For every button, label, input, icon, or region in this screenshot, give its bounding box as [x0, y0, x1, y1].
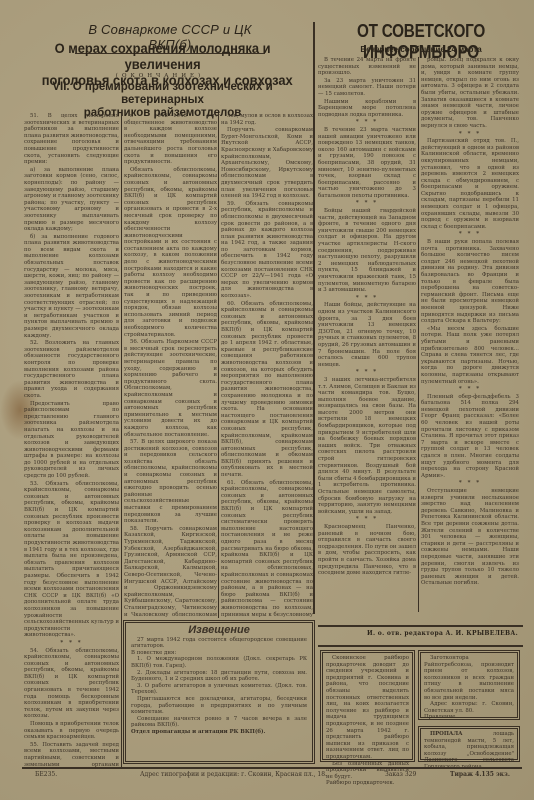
paragraph: 60. Обязать облисполкомы, крайисполкомы … — [221, 301, 313, 479]
paragraph: лов, мулов и ослов в колхозах на 1942 го… — [221, 113, 313, 126]
paragraph: Бойцы нашей гвардейской части, действующ… — [318, 208, 416, 294]
paragraph: Пленный обер-фельдфебель 3 батальона 514… — [421, 394, 519, 480]
ad-lead: ПРОПАЛА — [430, 731, 462, 737]
notice-signature: Отдел пропаганды и агитации РК ВКП(б). — [131, 729, 307, 736]
paragraph: Помощь в приобретении телок оказывать в … — [24, 721, 119, 741]
separator-stars: * * * — [421, 386, 519, 393]
paragraph: в 1942—1943 г.г. общественное животновод… — [124, 113, 217, 166]
paragraph: 57. В целях широкого показа достижений к… — [124, 439, 217, 525]
paragraph: ровцы. Боец подкрался к окну дома, котор… — [421, 57, 519, 130]
footer-order: Заказ 329 — [385, 771, 416, 778]
paragraph: Нашими кораблями в Баренцевом море потоп… — [318, 99, 416, 119]
paragraph: «Мы несем здесь большие потери. Наш полк… — [421, 326, 519, 385]
notice-invite: Приглашаются все докладчики, агитаторы, … — [131, 696, 307, 716]
section-divider — [318, 625, 523, 627]
paragraph: б) за выполнение годового плана развития… — [24, 234, 119, 340]
paragraph: 54. Обязать облисполкомы, крайисполкомы,… — [24, 648, 119, 721]
notice-time: Совещание начнется ровно в 7 часов вечер… — [131, 716, 307, 729]
ad-address: Адрес конторы: г. Сковин, Советская ул. … — [424, 701, 514, 714]
separator-stars: * * * — [24, 640, 119, 647]
paragraph: Обязать облисполкомы, крайисполкомы, сов… — [124, 167, 217, 338]
paragraph: 55. Поставить задачей перед всеми колхоз… — [24, 742, 119, 768]
ad-text: лошадь темногнедой масти, 5 лет, кобыла,… — [424, 731, 514, 770]
agenda-item: 2. Доклады агитаторов: 18 дистанции пути… — [131, 670, 307, 683]
ad-lost-horse: ПРОПАЛА лошадь темногнедой масти, 5 лет,… — [418, 726, 520, 762]
notice-box: Извещение 27 марта 1942 года состоится о… — [123, 620, 315, 764]
paragraph: 3 наших летчика-истребителя т.т. Алимов,… — [318, 377, 416, 515]
footer-address: Адрес типографии и редакции: г. Сковин, … — [140, 771, 327, 778]
separator-stars: * * * — [421, 480, 519, 487]
sovinform-column-2: ровцы. Боец подкрался к окну дома, котор… — [421, 57, 519, 612]
paragraph: 59. Обязать совнаркомы республик, крайис… — [221, 201, 313, 300]
separator-stars: * * * — [318, 369, 416, 376]
separator-stars: * * * — [318, 516, 416, 523]
ad-text: Сковинское райбюро продкарточек доводит … — [326, 655, 409, 761]
paragraph: В течение 23 марта частями нашей авиации… — [318, 127, 416, 200]
editor-credit: И. о. отв. редактора А. И. КРЫВЕЛЕВА. — [318, 630, 518, 637]
paragraph: Предоставить право райисполкомам по пред… — [24, 401, 119, 480]
paragraph: 58. Поручить совнаркомам Казахской, Кирг… — [124, 526, 217, 618]
column-divider — [218, 113, 219, 618]
continuation-label: (ОКОНЧАНИЕ) — [60, 73, 260, 79]
paragraph: а) за выполнение плана заготовки кормов … — [24, 167, 119, 233]
ad-zagotkontora: Заготконтора Райпотребсоюза, производит … — [418, 650, 520, 720]
notice-title: Извещение — [131, 627, 307, 634]
footer-circulation: Тираж 4.135 экз. — [450, 771, 510, 778]
paragraph: В наши руки попала полевая почта противн… — [421, 239, 519, 325]
footer-rule — [22, 767, 522, 769]
column-divider — [418, 57, 419, 612]
footer-code: БЕ235. — [35, 771, 57, 778]
ad-signature: Правление. — [424, 714, 514, 721]
paragraph: 56. Обязать Наркомзем СССР в месячный ср… — [124, 339, 217, 438]
sovinform-subtitle: Вечернее сообщение 24 марта — [316, 45, 526, 54]
paragraph: В течение 24 марта на фронте существенны… — [318, 57, 416, 77]
paragraph: 52. Возложить на главных зоотехников рай… — [24, 340, 119, 399]
article-column-2: в 1942—1943 г.г. общественное животновод… — [124, 113, 217, 618]
agenda-item: 1. О международном положении (Докл. секр… — [131, 656, 307, 669]
ad-text: Заготконтора Райпотребсоюза, производит … — [424, 655, 514, 701]
section-line-1: VII. О премировании зоотехнических и вет… — [30, 81, 295, 107]
paragraph: 61. Обязать облисполкомы, крайисполкомы,… — [221, 480, 313, 618]
ad-signature: Райбюро продкарточек. — [326, 780, 409, 787]
paragraph: Поручить совнаркомам Бурят-Монгольской, … — [221, 127, 313, 200]
paragraph: Красноармеец Панченко, раненый в ночном … — [318, 524, 416, 577]
paragraph: Партизанский отряд тов. П., действующий … — [421, 138, 519, 230]
paragraph: 51. В целях поощрения зоотехнических и в… — [24, 113, 119, 166]
paragraph: Отступающие немецкие изверги учинили нес… — [421, 488, 519, 587]
notice-intro: 27 марта 1942 года состоится общегородск… — [131, 637, 307, 650]
separator-stars: * * * — [421, 231, 519, 238]
article-column-3: лов, мулов и ослов в колхозах на 1942 го… — [221, 113, 313, 618]
article-column-1: 51. В целях поощрения зоотехнических и в… — [24, 113, 119, 768]
paragraph: Наши бойцы, действующие на одном из учас… — [318, 302, 416, 368]
sovinform-column-1: В течение 24 марта на фронте существенны… — [318, 57, 416, 612]
agenda-item: 3. О работе агитаторов в уличных комитет… — [131, 683, 307, 696]
separator-stars: * * * — [318, 295, 416, 302]
paragraph: 53. Обязать облисполкомы, крайисполкомы,… — [24, 481, 119, 639]
section-divider — [313, 22, 315, 614]
paragraph: За 23 марта уничтожен 31 немецкий самоле… — [318, 78, 416, 98]
column-divider — [121, 113, 122, 768]
separator-stars: * * * — [421, 131, 519, 138]
ad-ration-cards: Сковинское райбюро продкарточек доводит … — [320, 650, 415, 762]
separator-stars: * * * — [318, 119, 416, 126]
section-divider — [318, 645, 523, 647]
separator-stars: * * * — [318, 200, 416, 207]
headline-line-1: О мерах сохранения молодняка и увеличени… — [20, 40, 305, 72]
